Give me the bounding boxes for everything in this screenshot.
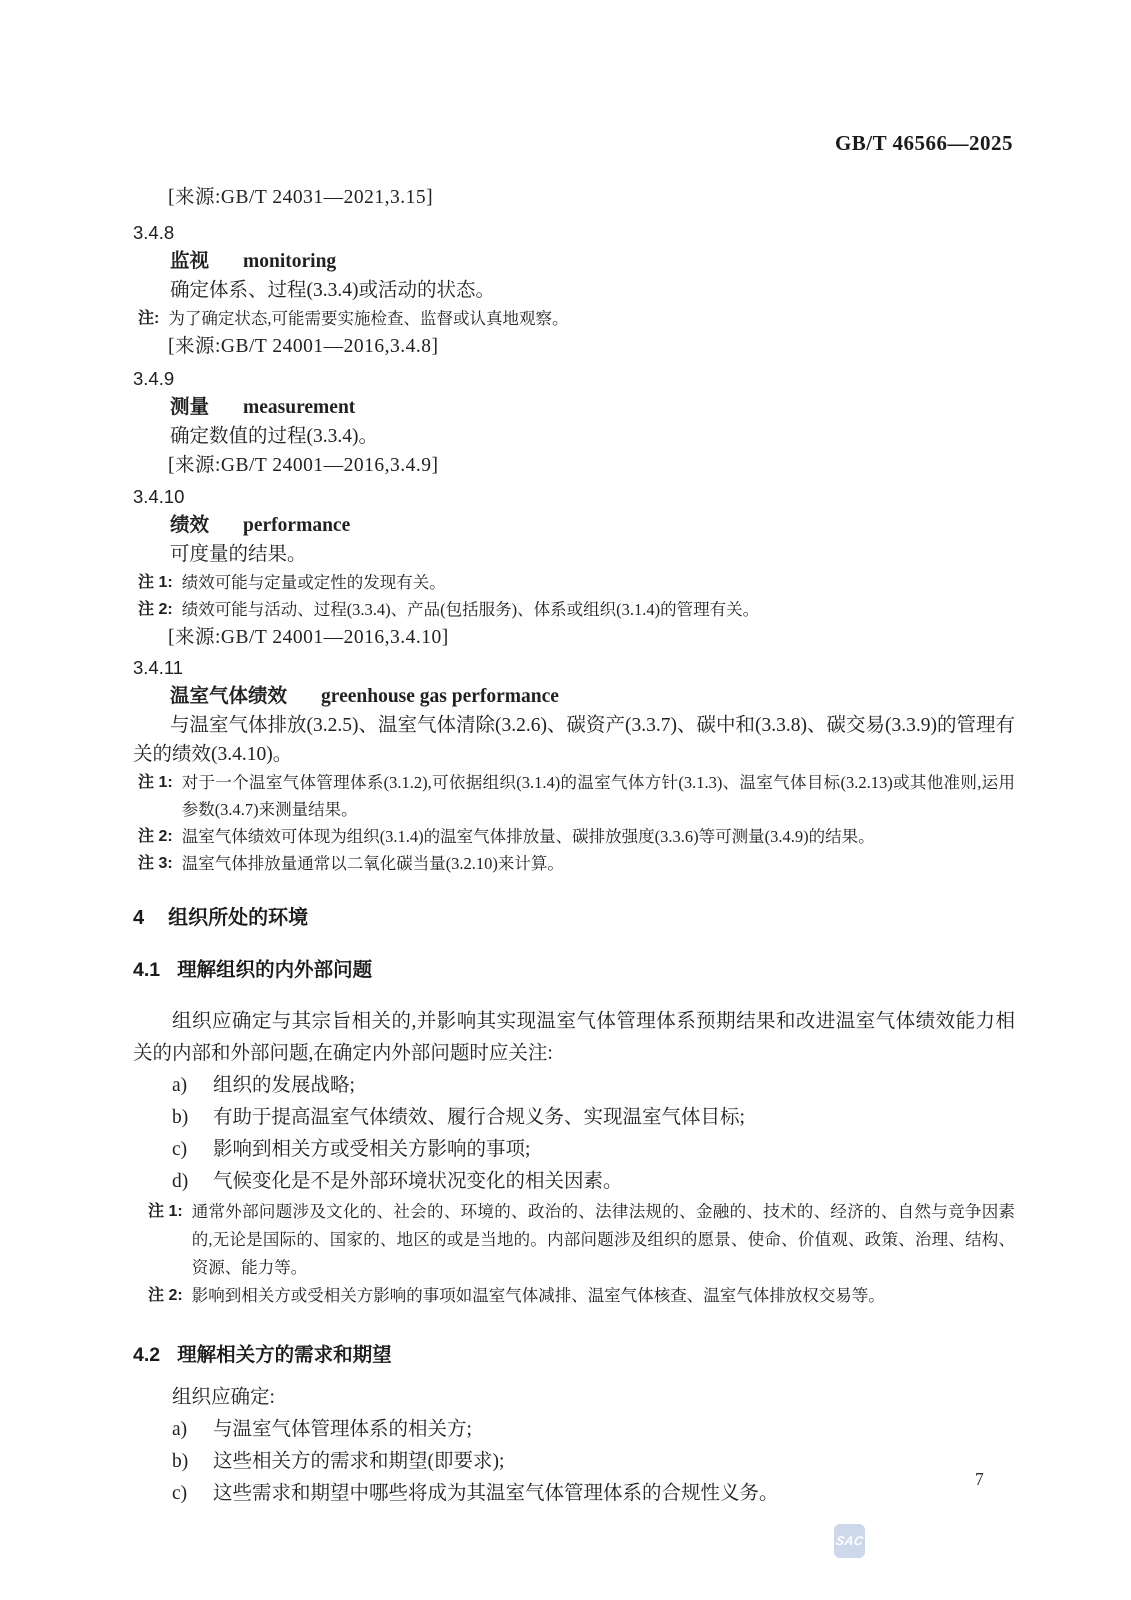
item-text: 与温室气体管理体系的相关方; — [213, 1414, 1015, 1446]
term-entry-348: 3.4.8 监视monitoring 确定体系、过程(3.3.4)或活动的状态。… — [133, 218, 1015, 361]
sac-watermark-logo: SAC — [834, 1524, 865, 1558]
sac-logo-text: SAC — [835, 1534, 865, 1548]
list-item: c)这些需求和期望中哪些将成为其温室气体管理体系的合规性义务。 — [133, 1478, 1015, 1510]
term-title: 温室气体绩效greenhouse gas performance — [133, 682, 1015, 711]
term-entry-3410: 3.4.10 绩效performance 可度量的结果。 注 1:绩效可能与定量… — [133, 482, 1015, 652]
term-number: 3.4.11 — [133, 653, 1015, 682]
note-text: 温室气体绩效可体现为组织(3.1.4)的温室气体排放量、碳排放强度(3.3.6)… — [182, 823, 1015, 850]
term-definition: 可度量的结果。 — [133, 540, 1015, 569]
term-note: 注:为了确定状态,可能需要实施检查、监督或认真地观察。 — [133, 305, 1015, 332]
note-text: 对于一个温室气体管理体系(3.1.2),可依据组织(3.1.4)的温室气体方针(… — [182, 769, 1015, 823]
page-content: [来源:GB/T 24031—2021,3.15] 3.4.8 监视monito… — [133, 0, 1015, 1510]
item-marker: a) — [172, 1070, 213, 1102]
note-label: 注 3: — [138, 850, 173, 877]
term-entry-349: 3.4.9 测量measurement 确定数值的过程(3.3.4)。 [来源:… — [133, 364, 1015, 480]
term-en: performance — [243, 515, 350, 536]
chapter-heading: 4组织所处的环境 — [133, 903, 1015, 933]
term-en: measurement — [243, 397, 355, 418]
note-label: 注 2: — [148, 1282, 183, 1310]
list-item: a)与温室气体管理体系的相关方; — [133, 1414, 1015, 1446]
section-41: 4.1理解组织的内外部问题 组织应确定与其宗旨相关的,并影响其实现温室气体管理体… — [133, 955, 1015, 1310]
item-marker: b) — [172, 1446, 213, 1478]
item-marker: b) — [172, 1102, 213, 1134]
list-item: d)气候变化是不是外部环境状况变化的相关因素。 — [133, 1166, 1015, 1198]
section-title: 理解相关方的需求和期望 — [177, 1344, 392, 1366]
term-en: monitoring — [243, 251, 336, 272]
note-text: 温室气体排放量通常以二氧化碳当量(3.2.10)来计算。 — [182, 850, 1015, 877]
term-en: greenhouse gas performance — [321, 686, 559, 707]
section-note: 注 1:通常外部问题涉及文化的、社会的、环境的、政治的、法律法规的、金融的、技术… — [133, 1198, 1015, 1282]
term-title: 测量measurement — [133, 393, 1015, 422]
term-note: 注 2:绩效可能与活动、过程(3.3.4)、产品(包括服务)、体系或组织(3.1… — [133, 596, 1015, 623]
list-item: a)组织的发展战略; — [133, 1070, 1015, 1102]
section-number: 4.1 — [133, 959, 160, 981]
section-heading: 4.2理解相关方的需求和期望 — [133, 1340, 1015, 1370]
lettered-list: a)与温室气体管理体系的相关方; b)这些相关方的需求和期望(即要求); c)这… — [133, 1414, 1015, 1510]
page-number: 7 — [975, 1469, 984, 1490]
section-number: 4.2 — [133, 1344, 160, 1366]
note-text: 为了确定状态,可能需要实施检查、监督或认真地观察。 — [168, 305, 1015, 332]
term-note: 注 1:绩效可能与定量或定性的发现有关。 — [133, 569, 1015, 596]
document-page: GB/T 46566—2025 [来源:GB/T 24031—2021,3.15… — [0, 0, 1131, 1600]
term-zh: 温室气体绩效 — [170, 685, 287, 707]
section-42: 4.2理解相关方的需求和期望 组织应确定: a)与温室气体管理体系的相关方; b… — [133, 1340, 1015, 1510]
note-label: 注 1: — [148, 1198, 183, 1282]
term-number: 3.4.9 — [133, 364, 1015, 393]
section-title: 理解组织的内外部问题 — [177, 959, 372, 981]
term-definition: 确定数值的过程(3.3.4)。 — [133, 422, 1015, 451]
list-item: b)有助于提高温室气体绩效、履行合规义务、实现温室气体目标; — [133, 1102, 1015, 1134]
item-text: 气候变化是不是外部环境状况变化的相关因素。 — [213, 1166, 1015, 1198]
item-marker: c) — [172, 1478, 213, 1510]
item-text: 有助于提高温室气体绩效、履行合规义务、实现温室气体目标; — [213, 1102, 1015, 1134]
lettered-list: a)组织的发展战略; b)有助于提高温室气体绩效、履行合规义务、实现温室气体目标… — [133, 1070, 1015, 1198]
term-definition: 与温室气体排放(3.2.5)、温室气体清除(3.2.6)、碳资产(3.3.7)、… — [133, 711, 1015, 769]
term-note: 注 2:温室气体绩效可体现为组织(3.1.4)的温室气体排放量、碳排放强度(3.… — [133, 823, 1015, 850]
term-entry-3411: 3.4.11 温室气体绩效greenhouse gas performance … — [133, 653, 1015, 877]
list-item: c)影响到相关方或受相关方影响的事项; — [133, 1134, 1015, 1166]
term-definition: 确定体系、过程(3.3.4)或活动的状态。 — [133, 276, 1015, 305]
source-ref: [来源:GB/T 24001—2016,3.4.8] — [133, 332, 1015, 361]
item-text: 影响到相关方或受相关方影响的事项; — [213, 1134, 1015, 1166]
note-label: 注: — [138, 305, 159, 332]
intro-paragraph: 组织应确定与其宗旨相关的,并影响其实现温室气体管理体系预期结果和改进温室气体绩效… — [133, 1006, 1015, 1070]
term-note: 注 1:对于一个温室气体管理体系(3.1.2),可依据组织(3.1.4)的温室气… — [133, 769, 1015, 823]
note-label: 注 1: — [138, 569, 173, 596]
term-zh: 监视 — [170, 250, 209, 272]
term-number: 3.4.8 — [133, 218, 1015, 247]
note-text: 通常外部问题涉及文化的、社会的、环境的、政治的、法律法规的、金融的、技术的、经济… — [192, 1198, 1015, 1282]
term-title: 绩效performance — [133, 511, 1015, 540]
term-number: 3.4.10 — [133, 482, 1015, 511]
term-title: 监视monitoring — [133, 247, 1015, 276]
chapter-number: 4 — [133, 907, 144, 929]
item-text: 这些需求和期望中哪些将成为其温室气体管理体系的合规性义务。 — [213, 1478, 1015, 1510]
source-ref: [来源:GB/T 24001—2016,3.4.10] — [133, 623, 1015, 652]
note-label: 注 2: — [138, 596, 173, 623]
term-zh: 测量 — [170, 396, 209, 418]
term-zh: 绩效 — [170, 514, 209, 536]
term-note: 注 3:温室气体排放量通常以二氧化碳当量(3.2.10)来计算。 — [133, 850, 1015, 877]
chapter-title: 组织所处的环境 — [168, 907, 308, 929]
note-text: 影响到相关方或受相关方影响的事项如温室气体减排、温室气体核查、温室气体排放权交易… — [192, 1282, 1015, 1310]
note-label: 注 1: — [138, 769, 173, 823]
source-ref: [来源:GB/T 24001—2016,3.4.9] — [133, 451, 1015, 480]
item-marker: a) — [172, 1414, 213, 1446]
note-label: 注 2: — [138, 823, 173, 850]
intro-paragraph: 组织应确定: — [133, 1382, 1015, 1414]
section-heading: 4.1理解组织的内外部问题 — [133, 955, 1015, 985]
item-text: 组织的发展战略; — [213, 1070, 1015, 1102]
item-text: 这些相关方的需求和期望(即要求); — [213, 1446, 1015, 1478]
section-note: 注 2:影响到相关方或受相关方影响的事项如温室气体减排、温室气体核查、温室气体排… — [133, 1282, 1015, 1310]
item-marker: c) — [172, 1134, 213, 1166]
note-text: 绩效可能与活动、过程(3.3.4)、产品(包括服务)、体系或组织(3.1.4)的… — [182, 596, 1015, 623]
list-item: b)这些相关方的需求和期望(即要求); — [133, 1446, 1015, 1478]
note-text: 绩效可能与定量或定性的发现有关。 — [182, 569, 1015, 596]
item-marker: d) — [172, 1166, 213, 1198]
source-ref-previous-term: [来源:GB/T 24031—2021,3.15] — [133, 183, 1015, 212]
